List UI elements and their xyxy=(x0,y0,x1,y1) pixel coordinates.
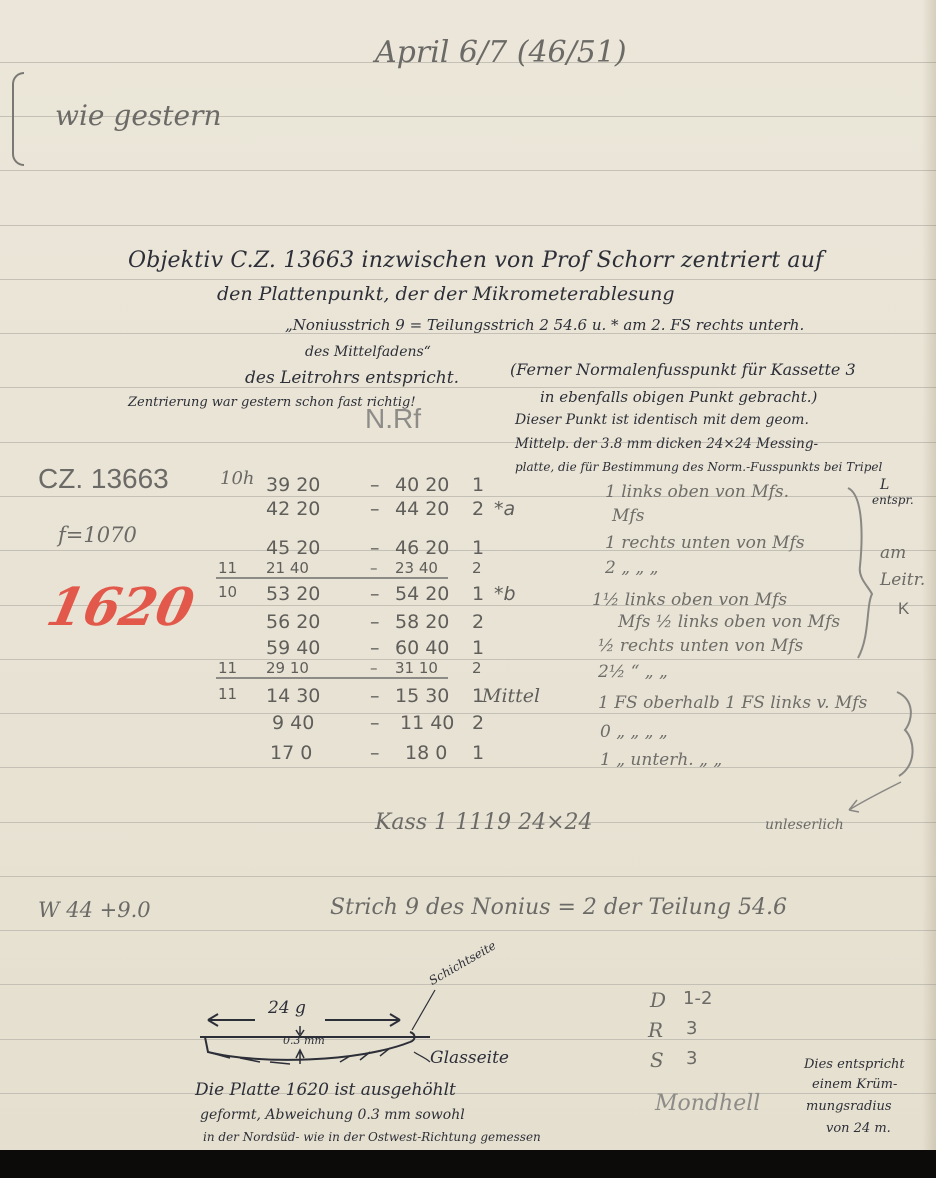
date-heading: April 6/7 (46/51) xyxy=(375,38,627,68)
brace-label-3: K xyxy=(898,600,909,617)
paragraph-line-1: Objektiv C.Z. 13663 inzwischen von Prof … xyxy=(128,250,823,272)
paragraph-line-5: des Leitrohrs entspricht. xyxy=(245,370,459,387)
diagram-bottom-label: Glasseite xyxy=(430,1050,509,1067)
row-description: ½ rechts unten von Mfs xyxy=(598,636,803,656)
initials: N.Rf xyxy=(365,405,421,433)
footer-line-1: Die Platte 1620 ist ausgehöhlt xyxy=(195,1082,456,1099)
paragraph-line-4: des Mittelfadens“ xyxy=(305,345,431,359)
row-mark: *a xyxy=(494,498,515,520)
diagram-depth-label: 0.3 mm xyxy=(283,1035,325,1046)
start-time: 39 20 xyxy=(266,474,320,496)
exposure-row: 11 21 40 – 23 40 2 xyxy=(210,559,490,583)
ruled-line xyxy=(0,225,936,226)
cassette-note: unleserlich xyxy=(765,818,844,832)
separator-line xyxy=(216,677,448,679)
quality-value: 3 xyxy=(686,1020,697,1038)
row-description: 1 links oben von Mfs. xyxy=(605,482,789,502)
bracket-note-1: (Ferner Normalenfusspunkt für Kassette 3 xyxy=(510,362,856,378)
footer-right-note-1: Dies entspricht xyxy=(804,1058,905,1071)
notebook-page: April 6/7 (46/51) wie gestern Objektiv C… xyxy=(0,0,936,1150)
ruled-line xyxy=(0,170,936,171)
right-note-2: Mittelp. der 3.8 mm dicken 24×24 Messing… xyxy=(515,438,818,452)
reading-left: W 44 +9.0 xyxy=(38,900,151,921)
exposure-row: 45 20 – 46 20 1 xyxy=(210,537,490,561)
exposure-count: 1 xyxy=(472,474,484,496)
exposure-row: 11 14 30 – 15 30 1 Mittel xyxy=(210,685,550,709)
exposure-row: 9 40 – 11 40 2 xyxy=(210,712,490,736)
row-description: 1½ links oben von Mfs xyxy=(592,590,787,610)
separator-line xyxy=(216,577,448,579)
footer-right-note-4: von 24 m. xyxy=(826,1122,891,1135)
reading-main: Strich 9 des Nonius = 2 der Teilung 54.6 xyxy=(330,897,787,919)
row-description: 0 „ „ „ „ xyxy=(600,722,668,742)
footer-right-note-2: einem Krüm- xyxy=(812,1078,897,1091)
exposure-row: 56 20 – 58 20 2 xyxy=(210,611,490,635)
ruled-line xyxy=(0,767,936,768)
row-description: 1 FS oberhalb 1 FS links v. Mfs xyxy=(598,693,867,713)
exposure-row: 11 29 10 – 31 10 2 xyxy=(210,659,490,683)
paragraph-line-2: den Plattenpunkt, der der Mikrometerable… xyxy=(217,285,675,304)
diagram-top-label: Schichtseite xyxy=(427,939,498,987)
ruled-line xyxy=(0,984,936,985)
ruled-line xyxy=(0,930,936,931)
moon-note: Mondhell xyxy=(655,1093,760,1115)
row-description: Mfs ½ links oben von Mfs xyxy=(618,612,840,632)
row-description: Mfs xyxy=(612,506,644,526)
objective-label: CZ. 13663 xyxy=(38,465,169,493)
ruled-line xyxy=(0,1093,936,1094)
quality-key: S xyxy=(650,1050,664,1070)
left-brace-icon xyxy=(12,72,24,166)
ruled-line xyxy=(0,1039,936,1040)
paragraph-line-3: „Noniusstrich 9 = Teilungsstrich 2 54.6 … xyxy=(285,318,804,333)
exposure-row: 17 0 – 18 0 1 xyxy=(210,742,490,766)
brace-label-2: Leitr. xyxy=(880,572,925,589)
ruled-line xyxy=(0,876,936,877)
brace-label-1: am xyxy=(880,545,906,562)
ruled-line xyxy=(0,279,936,280)
row-description: 1 rechts unten von Mfs xyxy=(605,533,805,553)
exposure-row: 39 20 – 40 20 1 xyxy=(210,474,490,498)
right-note-1: Dieser Punkt ist identisch mit dem geom. xyxy=(515,413,809,427)
brace-note: wie gestern xyxy=(55,102,222,130)
quality-value: 3 xyxy=(686,1050,697,1068)
quality-value: 1-2 xyxy=(683,990,712,1008)
row-description: 2½ “ „ „ xyxy=(598,662,668,682)
right-brace-icon xyxy=(895,690,925,780)
quality-key: R xyxy=(648,1020,663,1040)
footer-line-2: geformt, Abweichung 0.3 mm sowohl xyxy=(200,1108,465,1122)
row-description: 2 „ „ „ xyxy=(605,558,658,578)
diagram-width-label: 24 g xyxy=(268,1000,306,1017)
row-description: 1 „ unterh. „ „ xyxy=(600,750,722,770)
exposure-row: 10 53 20 – 54 20 1 *b xyxy=(210,583,490,607)
focal-length: f=1070 xyxy=(58,525,137,546)
arrow-icon xyxy=(845,780,905,820)
exposure-row: 59 40 – 60 40 1 xyxy=(210,637,490,661)
footer-line-3: in der Nordsüd- wie in der Ostwest-Richt… xyxy=(203,1131,541,1143)
quality-key: D xyxy=(650,990,666,1010)
right-note-3: platte, die für Bestimmung des Norm.-Fus… xyxy=(515,461,882,473)
right-note-tail-1: L xyxy=(880,478,889,492)
exposure-row: 42 20 – 44 20 2 *a xyxy=(210,498,490,522)
cassette-line: Kass 1 1119 24×24 xyxy=(375,812,593,834)
end-time: 40 20 xyxy=(395,474,449,496)
right-brace-icon xyxy=(840,486,880,661)
bracket-note-2: in ebenfalls obigen Punkt gebracht.) xyxy=(540,390,817,405)
plate-number: 1620 xyxy=(42,582,198,634)
footer-right-note-3: mungsradius xyxy=(806,1100,892,1113)
